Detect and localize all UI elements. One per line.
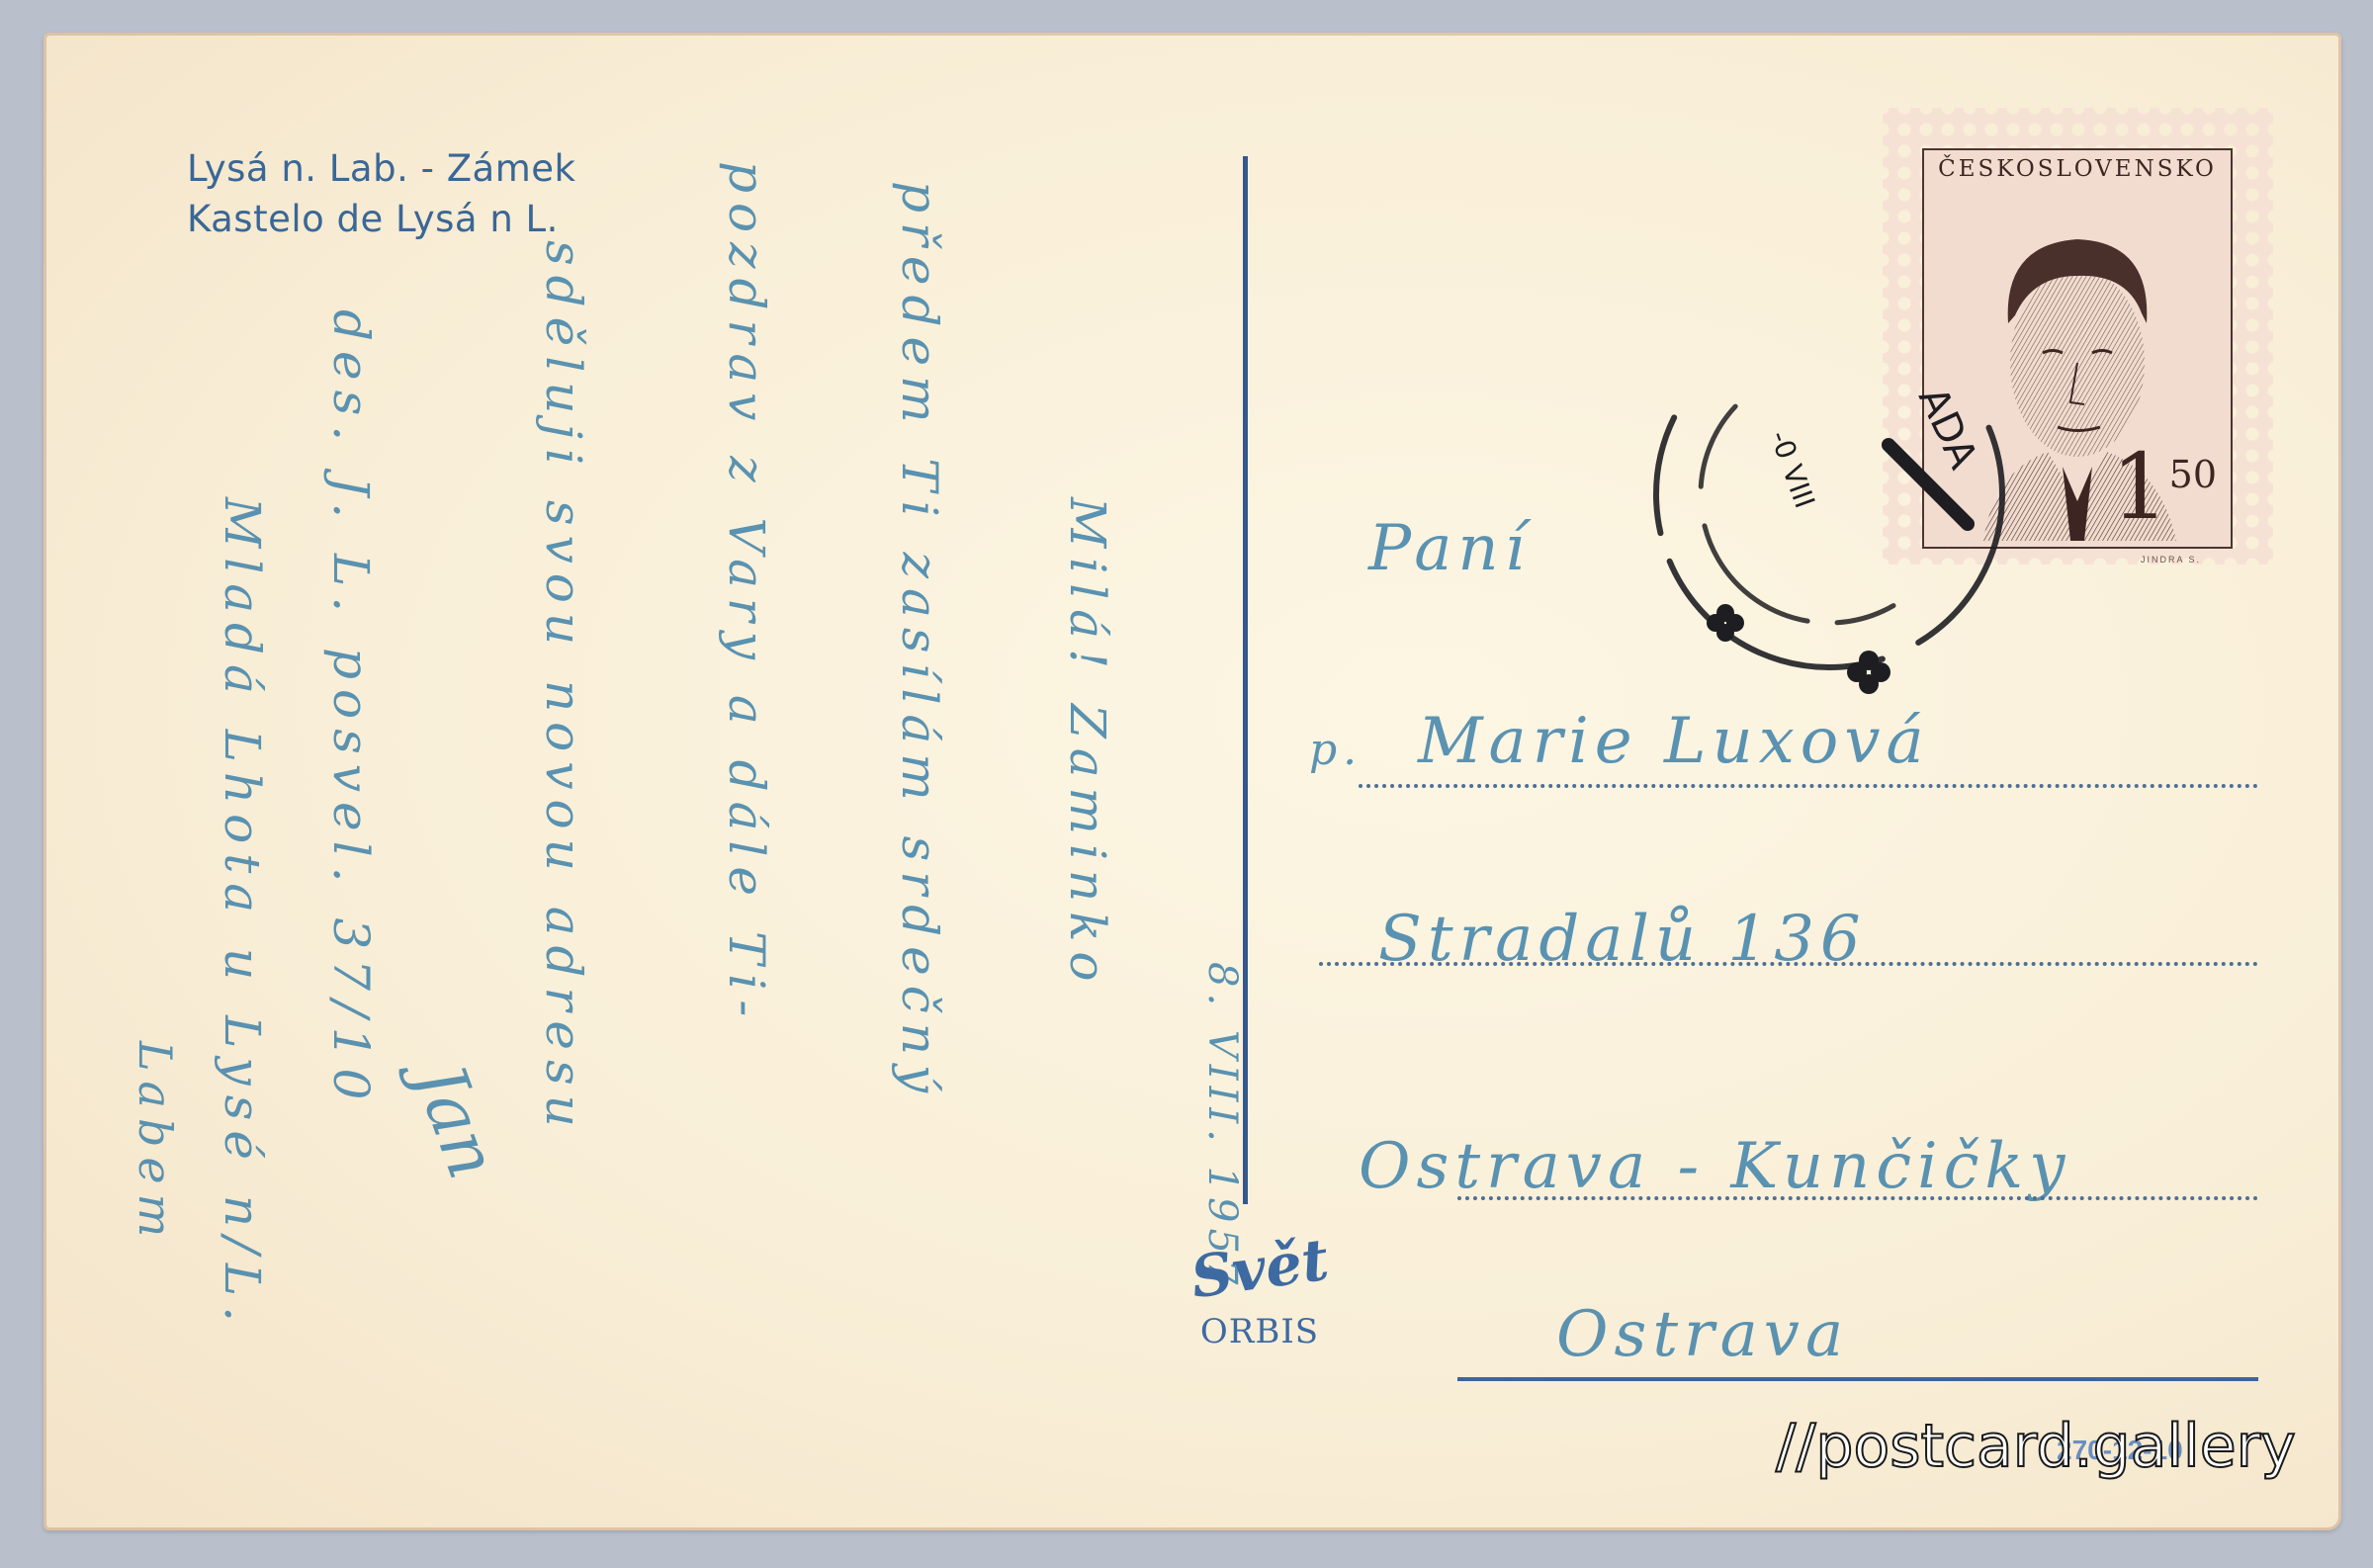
svg-text:-0 VIII: -0 VIII: [1763, 426, 1821, 512]
address-prefix: p.: [1309, 725, 1362, 775]
publisher-logo: Svět ORBIS: [1171, 1229, 1349, 1351]
message-line-7: Labem: [129, 1041, 182, 1247]
message-line-1: Milá! Zaminko: [1059, 497, 1116, 992]
address-district: Ostrava - Kunčičky: [1359, 1130, 2070, 1203]
address-salutation: Paní: [1368, 512, 1531, 585]
stamp-country: ČESKOSLOVENSKO: [1924, 156, 2231, 182]
signature: Jan: [398, 1054, 513, 1188]
message-line-3: pozdrav z Vary a dále Ti-: [718, 161, 775, 1026]
message-line-6: Mladá Lhota u Lysé n/L.: [214, 497, 271, 1332]
address-line-2: [1319, 962, 2258, 966]
message-line-5: des. J. L. posvel. 37/10: [322, 309, 380, 1109]
printed-caption: Lysá n. Lab. - Zámek Kastelo de Lysá n L…: [187, 143, 575, 244]
caption-esperanto: Kastelo de Lysá n L.: [187, 194, 575, 244]
postmark-icon: -0 VIII ADA: [1622, 297, 2037, 712]
stamp-engraver: JINDRA S.: [2141, 555, 2201, 565]
address-name: Marie Luxová: [1418, 705, 1930, 778]
caption-czech: Lysá n. Lab. - Zámek: [187, 143, 575, 194]
address-line-3: [1457, 1196, 2258, 1200]
svet-logo-mark: Svět: [1166, 1217, 1353, 1320]
address-city: Ostrava: [1556, 1298, 1849, 1371]
stamp-value: 150: [2111, 442, 2217, 533]
publisher-name: ORBIS: [1171, 1312, 1349, 1351]
message-line-2: předem Ti zasílám srdečný: [891, 181, 948, 1102]
message-line-4: sděluji svou novou adresu: [535, 240, 592, 1137]
svg-text:ADA: ADA: [1909, 381, 1986, 477]
address-line-4: [1457, 1377, 2258, 1381]
address-line-1: [1359, 784, 2258, 788]
watermark: //postcard.gallery: [1776, 1412, 2296, 1481]
